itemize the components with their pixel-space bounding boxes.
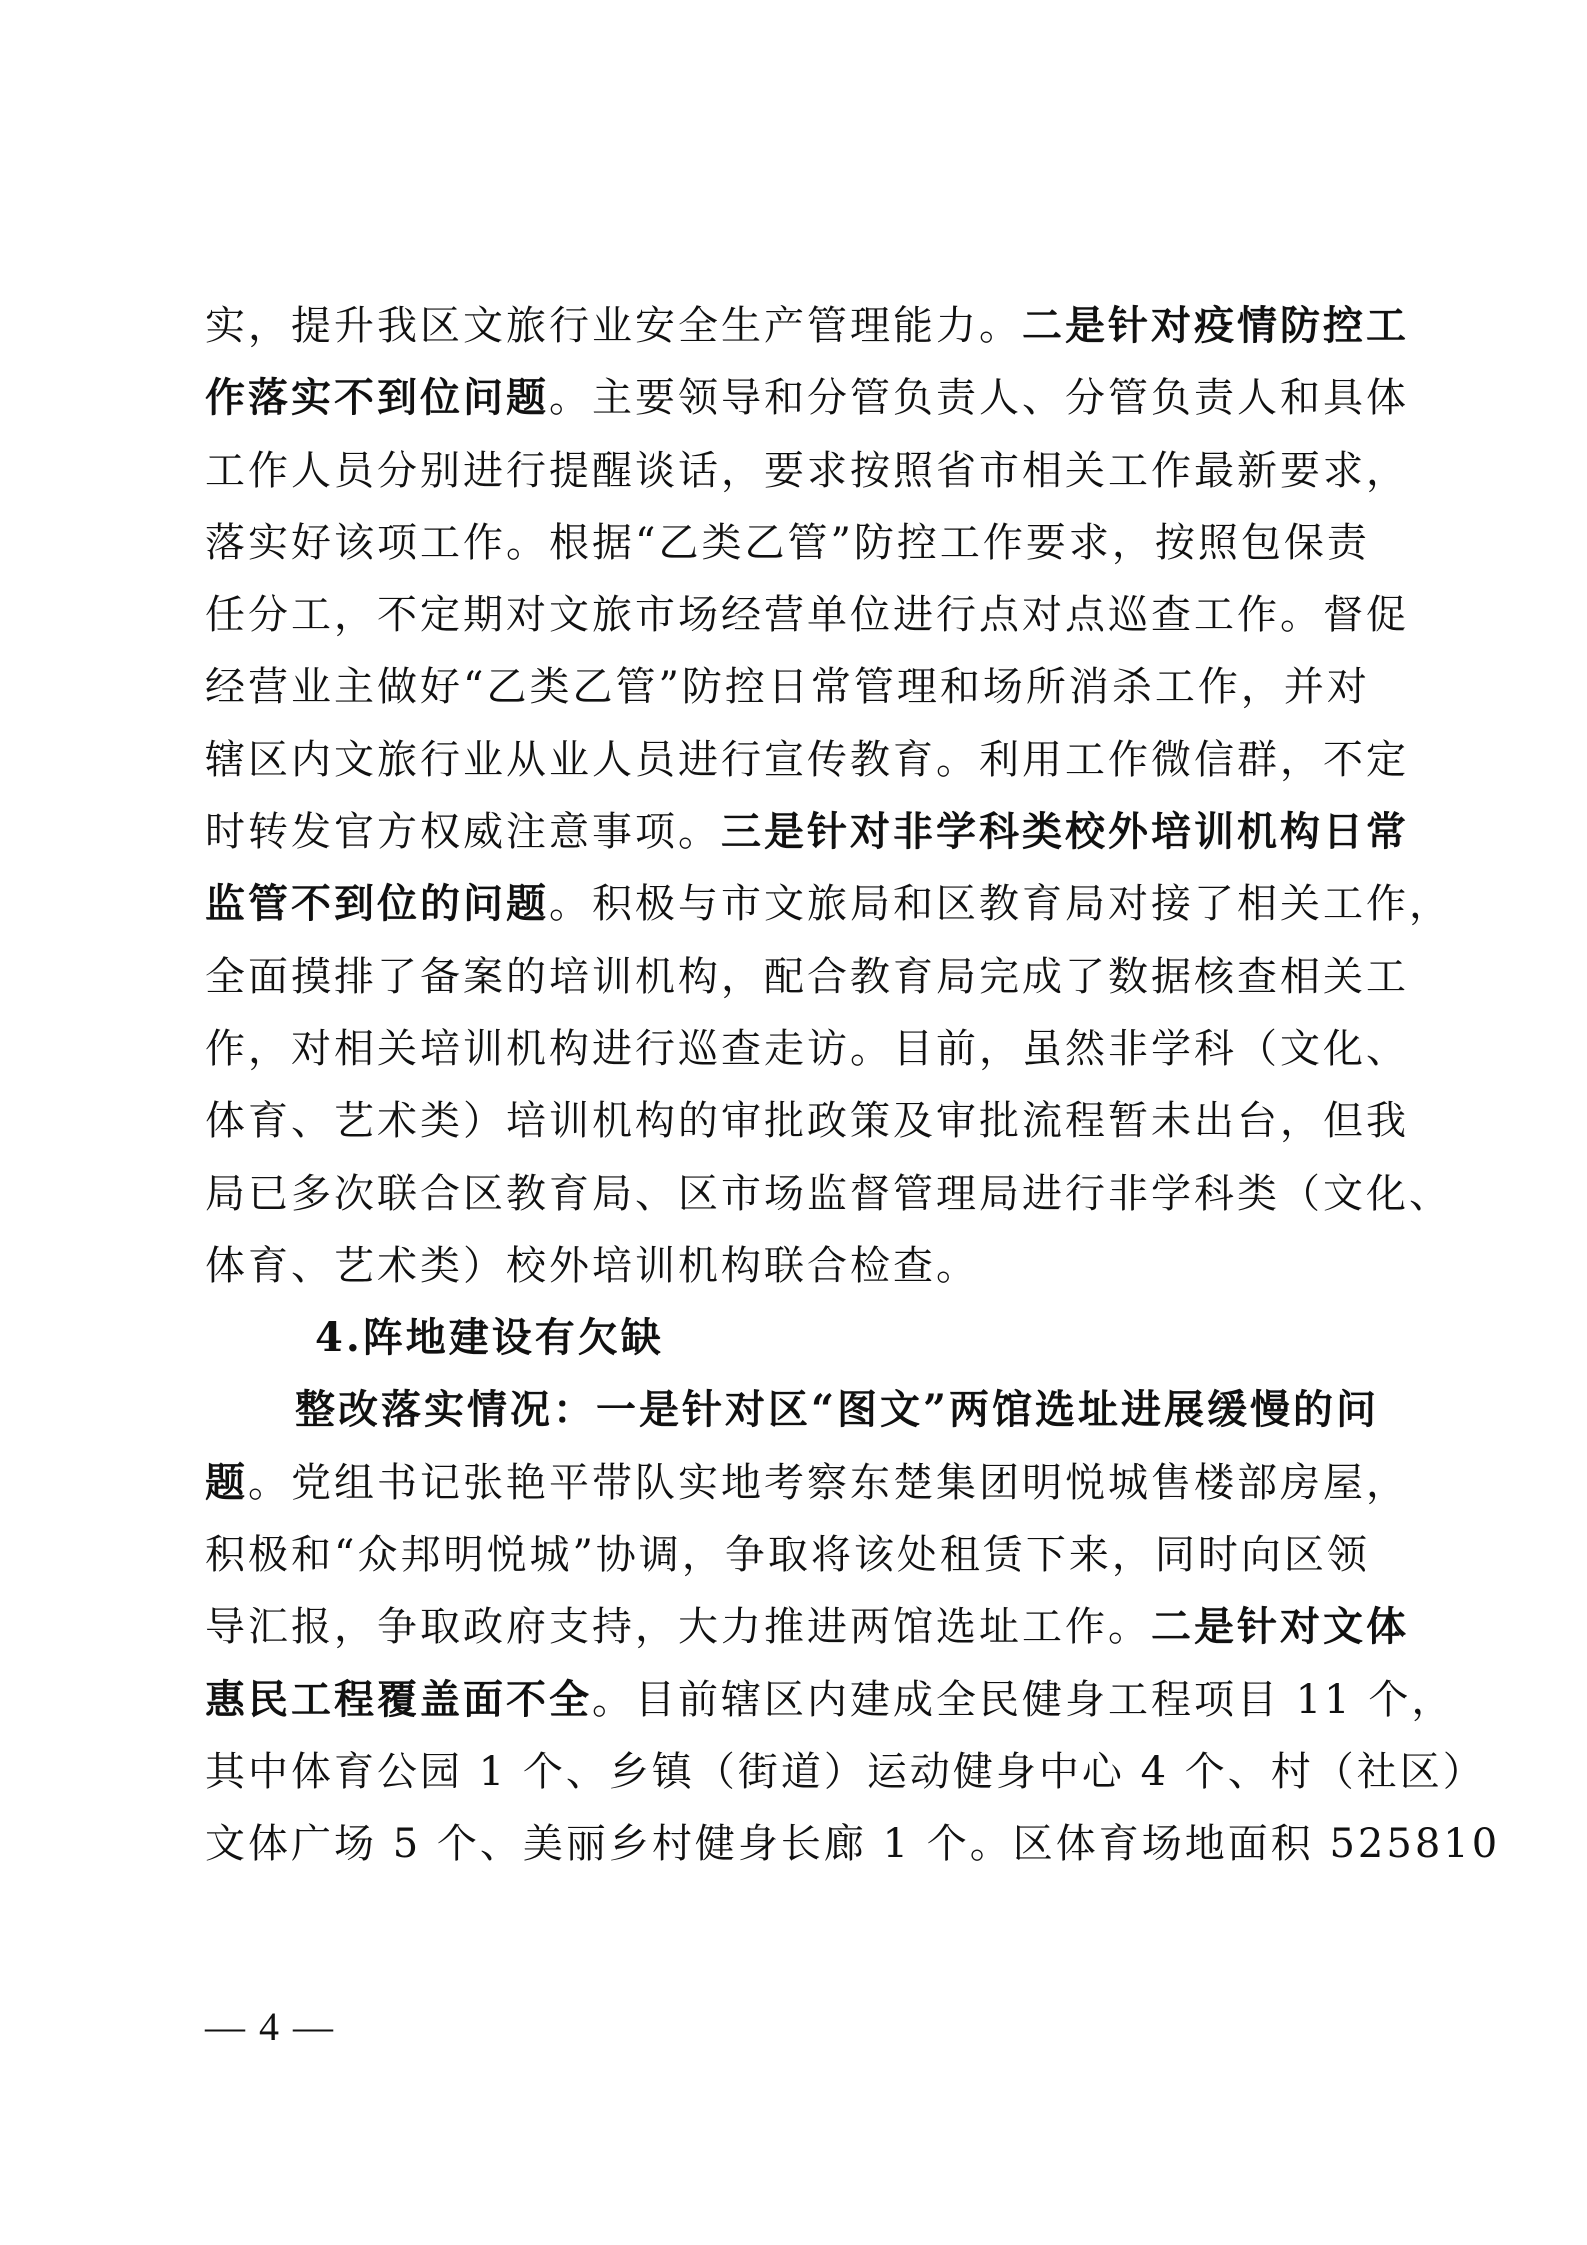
text-line: 题。党组书记张艳平带队实地考察东楚集团明悦城售楼部房屋， (205, 1447, 1400, 1519)
document-page: 实，提升我区文旅行业安全生产管理能力。二是针对疫情防控工作落实不到位问题。主要领… (0, 0, 1587, 2245)
bold-text-run: 题 (205, 1459, 248, 1506)
page-number: — 4 — (205, 2003, 335, 2050)
text-run: 积极和“众邦明悦城”协调，争取将该处租赁下来，同时向区领 (205, 1532, 1370, 1578)
text-run: 。党组书记张艳平带队实地考察东楚集团明悦城售楼部房屋， (248, 1460, 1409, 1506)
text-run: 经营业主做好“乙类乙管”防控日常管理和场所消杀工作，并对 (205, 664, 1370, 710)
text-run: 局已多次联合区教育局、区市场监督管理局进行非学科类（文化、 (205, 1171, 1452, 1217)
text-run: 任分工，不定期对文旅市场经营单位进行点对点巡查工作。督促 (205, 592, 1409, 638)
text-line: 局已多次联合区教育局、区市场监督管理局进行非学科类（文化、 (205, 1158, 1400, 1230)
bold-text-run: 整改落实情况：一是针对区“图文”两馆选址进展缓慢的问 (295, 1386, 1379, 1433)
text-run: 工作人员分别进行提醒谈话，要求按照省市相关工作最新要求， (205, 448, 1409, 494)
text-line: 体育、艺术类）校外培训机构联合检查。 (205, 1230, 1400, 1302)
text-line: 导汇报，争取政府支持，大力推进两馆选址工作。二是针对文体 (205, 1591, 1400, 1663)
bold-text-run: 二是针对文体 (1151, 1603, 1409, 1650)
text-run: 。主要领导和分管负责人、分管负责人和具体 (549, 375, 1409, 421)
text-line: 整改落实情况：一是针对区“图文”两馆选址进展缓慢的问 (205, 1374, 1400, 1446)
text-run: 辖区内文旅行业从业人员进行宣传教育。利用工作微信群，不定 (205, 737, 1409, 783)
text-line: 落实好该项工作。根据“乙类乙管”防控工作要求，按照包保责 (205, 507, 1400, 579)
text-line: 辖区内文旅行业从业人员进行宣传教育。利用工作微信群，不定 (205, 724, 1400, 796)
text-line: 时转发官方权威注意事项。三是针对非学科类校外培训机构日常 (205, 796, 1400, 868)
text-run: 文体广场 5 个、美丽乡村健身长廊 1 个。区体育场地面积 525810 (205, 1821, 1500, 1867)
text-run: 时转发官方权威注意事项。 (205, 809, 721, 855)
text-run: 实，提升我区文旅行业安全生产管理能力。 (205, 303, 1022, 349)
text-line: 作，对相关培训机构进行巡查走访。目前，虽然非学科（文化、 (205, 1013, 1400, 1085)
paragraph-block-2: 整改落实情况：一是针对区“图文”两馆选址进展缓慢的问题。党组书记张艳平带队实地考… (205, 1374, 1400, 1880)
text-line: 作落实不到位问题。主要领导和分管负责人、分管负责人和具体 (205, 362, 1400, 434)
text-line: 惠民工程覆盖面不全。目前辖区内建成全民健身工程项目 11 个， (205, 1664, 1400, 1736)
text-line: 体育、艺术类）培训机构的审批政策及审批流程暂未出台，但我 (205, 1085, 1400, 1157)
text-run: 体育、艺术类）校外培训机构联合检查。 (205, 1243, 979, 1289)
bold-text-run: 三是针对非学科类校外培训机构日常 (721, 808, 1409, 855)
bold-text-run: 惠民工程覆盖面不全 (205, 1676, 592, 1723)
bold-text-run: 二是针对疫情防控工 (1022, 302, 1409, 349)
section-heading: 4.阵地建设有欠缺 (205, 1302, 1400, 1374)
text-line: 经营业主做好“乙类乙管”防控日常管理和场所消杀工作，并对 (205, 651, 1400, 723)
text-line: 积极和“众邦明悦城”协调，争取将该处租赁下来，同时向区领 (205, 1519, 1400, 1591)
text-line: 工作人员分别进行提醒谈话，要求按照省市相关工作最新要求， (205, 435, 1400, 507)
bold-text-run: 监管不到位的问题 (205, 880, 549, 927)
text-run: 。积极与市文旅局和区教育局对接了相关工作， (549, 881, 1452, 927)
bold-text-run: 作落实不到位问题 (205, 374, 549, 421)
text-line: 其中体育公园 1 个、乡镇（街道）运动健身中心 4 个、村（社区） (205, 1736, 1400, 1808)
text-line: 文体广场 5 个、美丽乡村健身长廊 1 个。区体育场地面积 525810 (205, 1808, 1400, 1880)
text-line: 任分工，不定期对文旅市场经营单位进行点对点巡查工作。督促 (205, 579, 1400, 651)
text-run: 其中体育公园 1 个、乡镇（街道）运动健身中心 4 个、村（社区） (205, 1749, 1486, 1795)
text-line: 监管不到位的问题。积极与市文旅局和区教育局对接了相关工作， (205, 868, 1400, 940)
text-line: 全面摸排了备案的培训机构，配合教育局完成了数据核查相关工 (205, 941, 1400, 1013)
text-run: 。目前辖区内建成全民健身工程项目 11 个， (592, 1677, 1454, 1723)
paragraph-block-1: 实，提升我区文旅行业安全生产管理能力。二是针对疫情防控工作落实不到位问题。主要领… (205, 290, 1400, 1302)
document-body: 实，提升我区文旅行业安全生产管理能力。二是针对疫情防控工作落实不到位问题。主要领… (205, 290, 1400, 1881)
text-run: 落实好该项工作。根据“乙类乙管”防控工作要求，按照包保责 (205, 520, 1370, 566)
text-line: 实，提升我区文旅行业安全生产管理能力。二是针对疫情防控工 (205, 290, 1400, 362)
text-run: 体育、艺术类）培训机构的审批政策及审批流程暂未出台，但我 (205, 1098, 1409, 1144)
text-run: 导汇报，争取政府支持，大力推进两馆选址工作。 (205, 1604, 1151, 1650)
text-run: 全面摸排了备案的培训机构，配合教育局完成了数据核查相关工 (205, 954, 1409, 1000)
text-run: 作，对相关培训机构进行巡查走访。目前，虽然非学科（文化、 (205, 1026, 1409, 1072)
